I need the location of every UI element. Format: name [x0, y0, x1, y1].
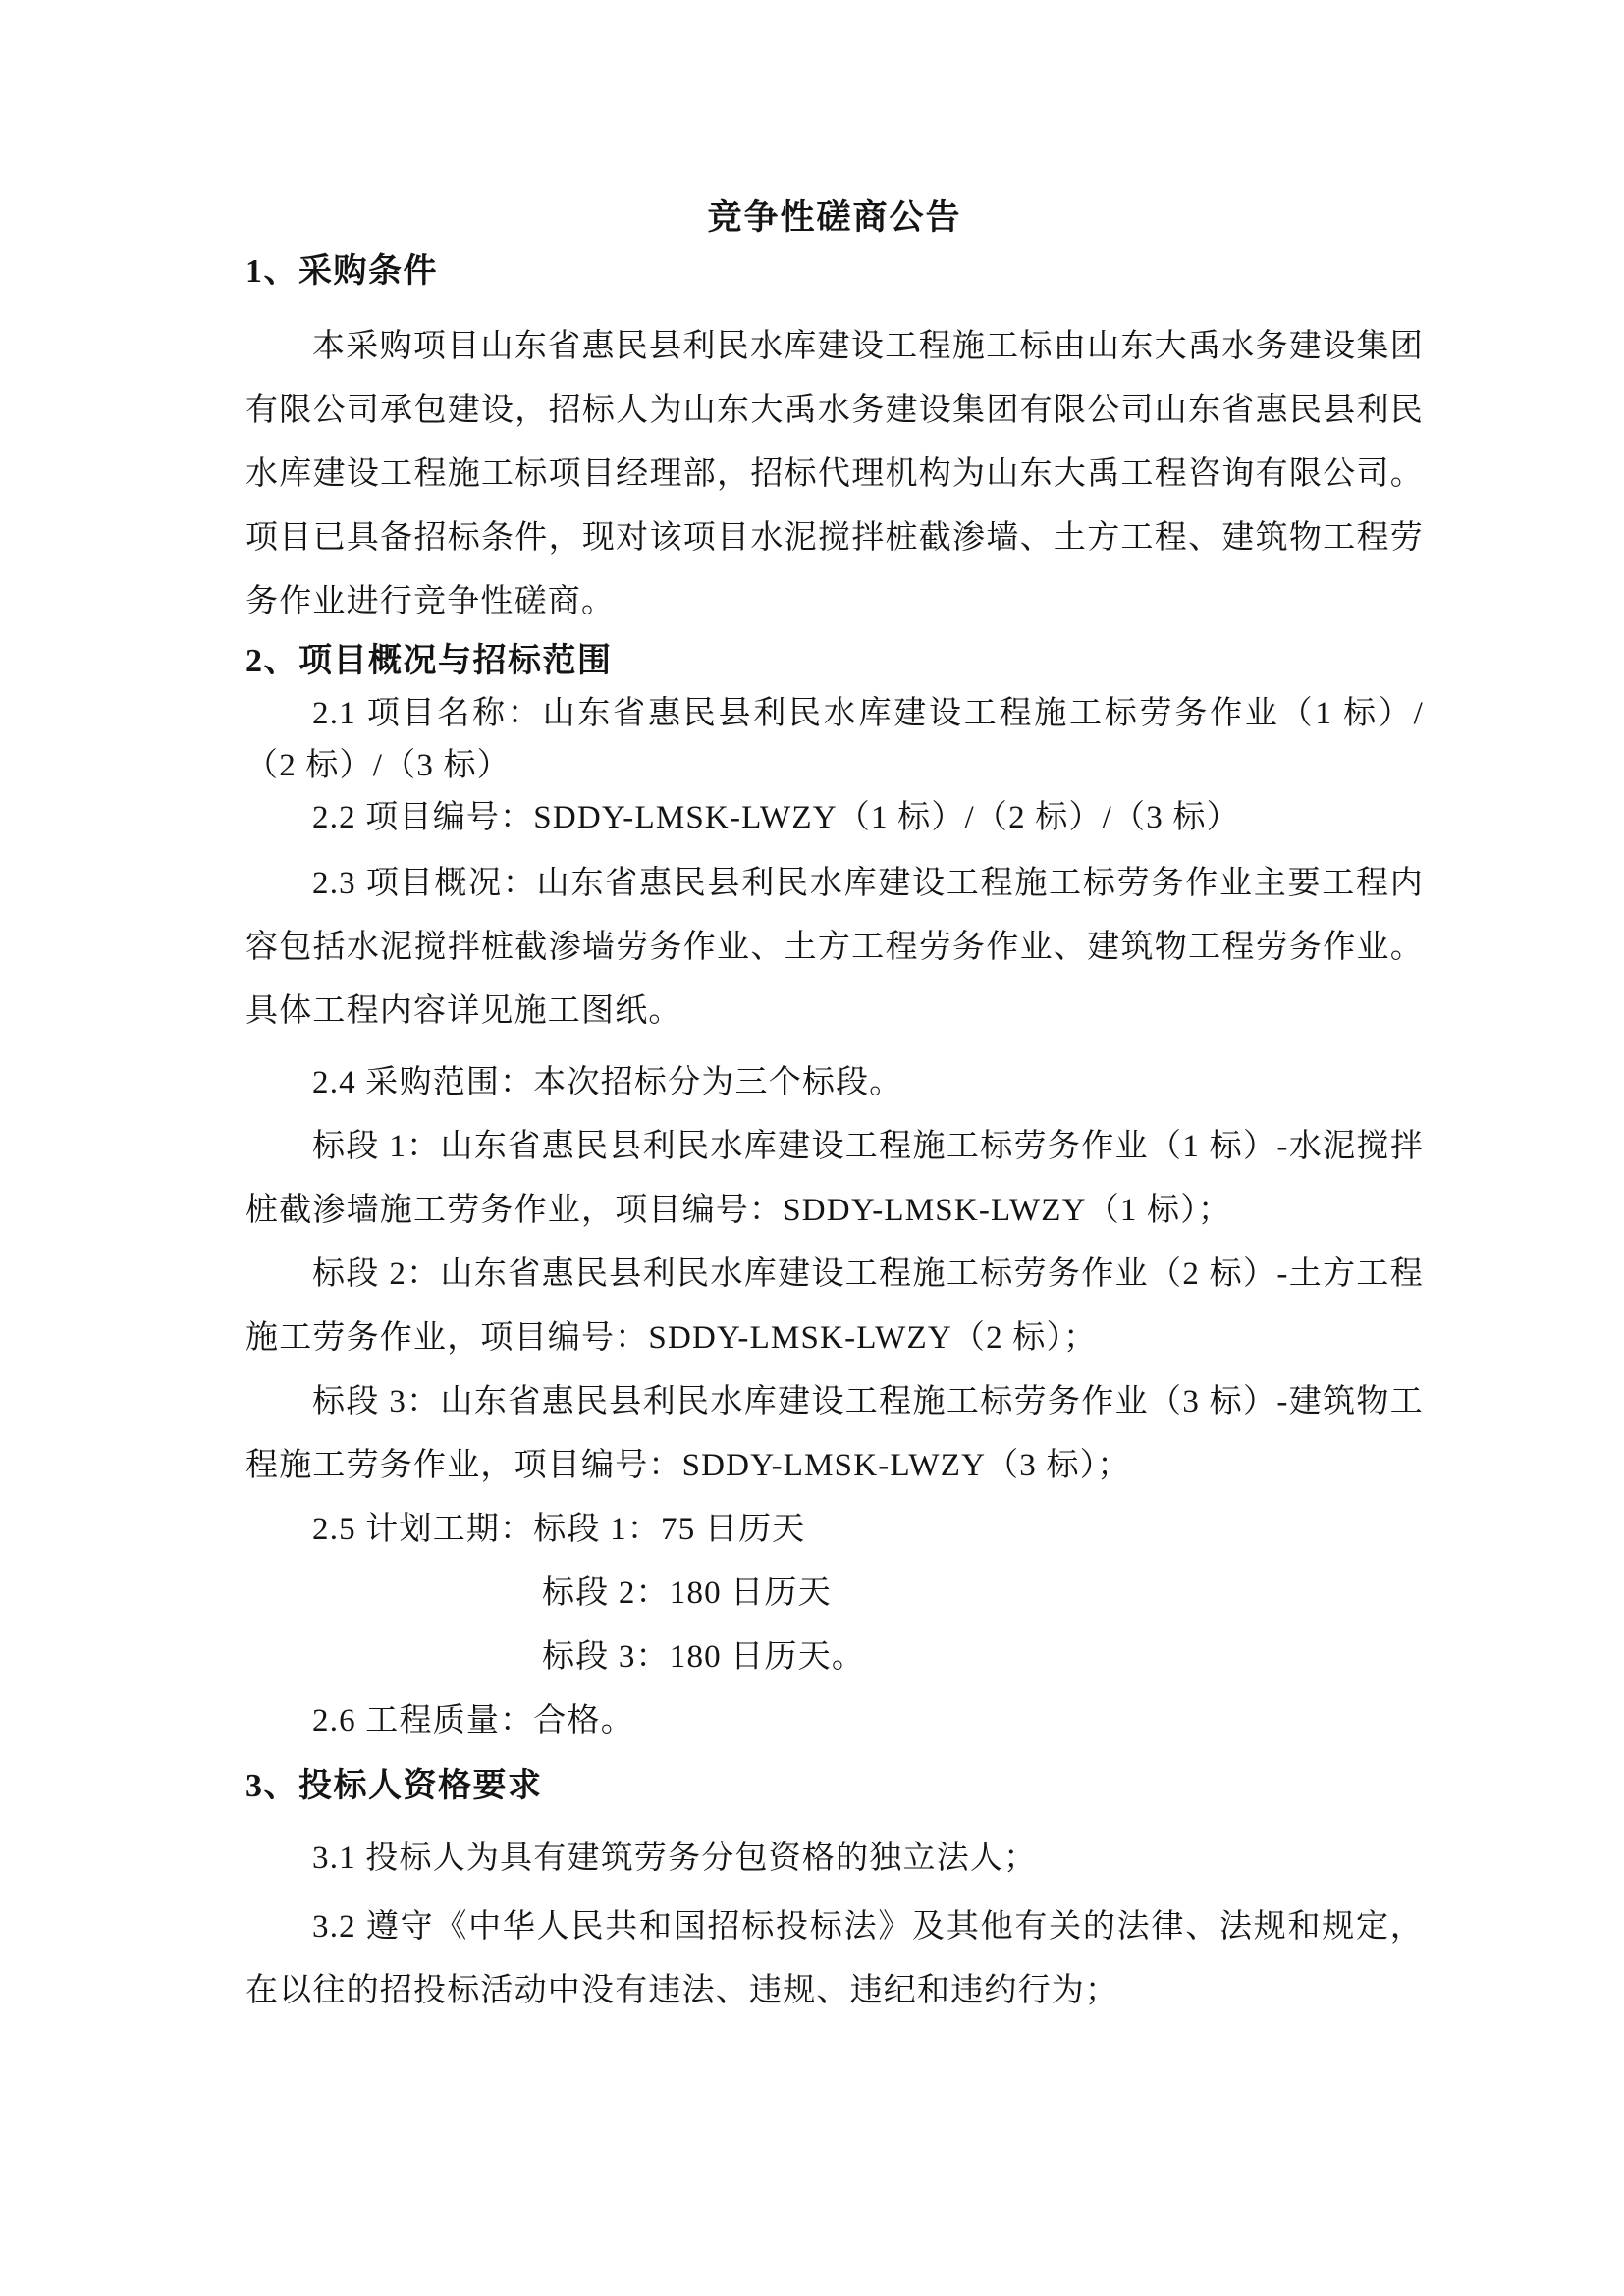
item-2-6-quality: 2.6 工程质量：合格。 [245, 1689, 1424, 1753]
item-2-4-procurement-scope: 2.4 采购范围：本次招标分为三个标段。 [245, 1051, 1424, 1115]
section-1-paragraph: 本采购项目山东省惠民县利民水库建设工程施工标由山东大禹水务建设集团有限公司承包建… [245, 315, 1424, 634]
item-3-2-law-compliance: 3.2 遵守《中华人民共和国招标投标法》及其他有关的法律、法规和规定，在以往的招… [245, 1896, 1424, 2023]
item-2-5-schedule-line-2: 标段 2：180 日历天 [245, 1562, 1424, 1626]
item-2-3-project-overview: 2.3 项目概况：山东省惠民县利民水库建设工程施工标劳务作业主要工程内容包括水泥… [245, 852, 1424, 1043]
item-2-1-project-name: 2.1 项目名称：山东省惠民县利民水库建设工程施工标劳务作业（1 标）/（2 标… [245, 688, 1424, 792]
document-content: 竞争性磋商公告 1、采购条件 本采购项目山东省惠民县利民水库建设工程施工标由山东… [245, 190, 1424, 2023]
section-1-heading: 1、采购条件 [245, 244, 1424, 298]
lot-3-description: 标段 3：山东省惠民县利民水库建设工程施工标劳务作业（3 标）-建筑物工程施工劳… [245, 1370, 1424, 1498]
item-2-5-schedule-line-1: 2.5 计划工期：标段 1：75 日历天 [245, 1498, 1424, 1562]
document-title: 竞争性磋商公告 [245, 190, 1424, 244]
item-3-1-bidder-qualification: 3.1 投标人为具有建筑劳务分包资格的独立法人； [245, 1827, 1424, 1891]
section-2-heading: 2、项目概况与招标范围 [245, 634, 1424, 688]
lot-1-description: 标段 1：山东省惠民县利民水库建设工程施工标劳务作业（1 标）-水泥搅拌桩截渗墙… [245, 1115, 1424, 1243]
section-3-heading: 3、投标人资格要求 [245, 1759, 1424, 1813]
item-2-5-schedule-line-3: 标段 3：180 日历天。 [245, 1626, 1424, 1689]
item-2-2-project-number: 2.2 项目编号：SDDY-LMSK-LWZY（1 标）/（2 标）/（3 标） [245, 792, 1424, 844]
lot-2-description: 标段 2：山东省惠民县利民水库建设工程施工标劳务作业（2 标）-土方工程施工劳务… [245, 1243, 1424, 1370]
document-page: 竞争性磋商公告 1、采购条件 本采购项目山东省惠民县利民水库建设工程施工标由山东… [0, 0, 1624, 2296]
